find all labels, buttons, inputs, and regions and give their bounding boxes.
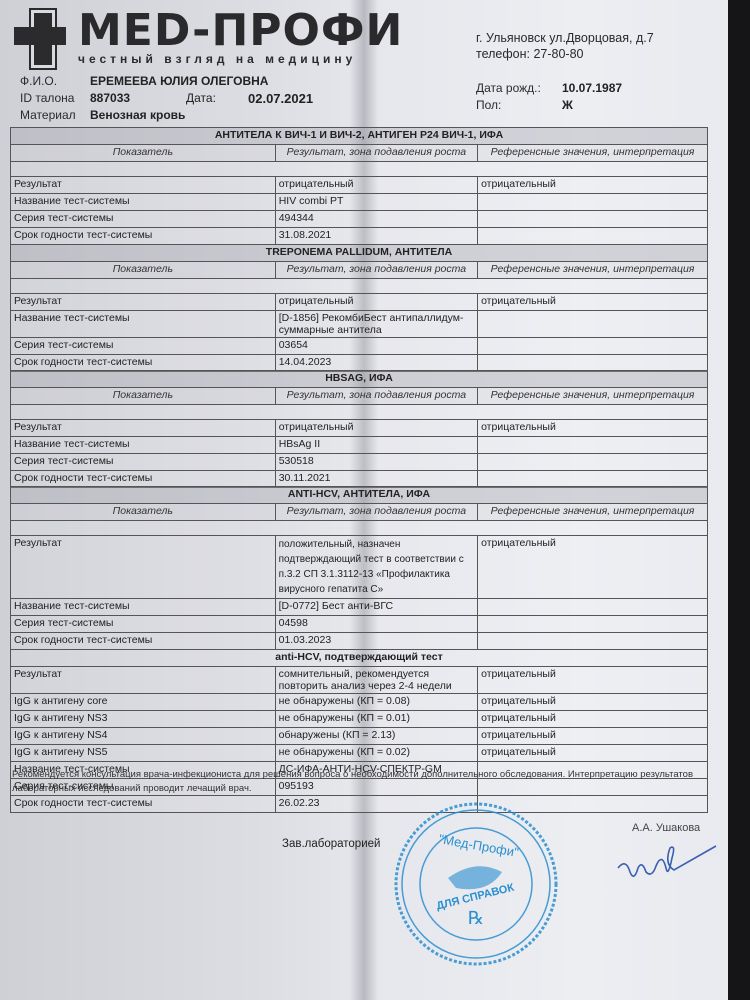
dob-label: Дата рожд.: bbox=[476, 80, 562, 97]
table-row: Срок годности тест-системы14.04.2023 bbox=[11, 355, 708, 372]
col-reference: Референсные значения, интерпретация bbox=[478, 145, 708, 162]
section-title: TREPONEMA PALLIDUM, АНТИТЕЛА bbox=[11, 245, 708, 262]
date-label: Дата: bbox=[186, 90, 248, 107]
table-row: IgG к антигену NS5не обнаружены (КП = 0.… bbox=[11, 745, 708, 762]
table-row: Серия тест-системы03654 bbox=[11, 338, 708, 355]
section-title: HBSAG, ИФА bbox=[11, 371, 708, 388]
table-row: Название тест-системыHBsAg II bbox=[11, 437, 708, 454]
clinic-contacts: г. Ульяновск ул.Дворцовая, д.7 телефон: … bbox=[476, 30, 654, 62]
patient-info-right: Дата рожд.: 10.07.1987 Пол: Ж bbox=[476, 80, 622, 114]
table-row: IgG к антигену NS3не обнаружены (КП = 0.… bbox=[11, 711, 708, 728]
table-row: Название тест-системы[D-1856] РекомбиБес… bbox=[11, 311, 708, 338]
patient-info: Ф.И.О. ЕРЕМЕЕВА ЮЛИЯ ОЛЕГОВНА ID талона … bbox=[20, 73, 313, 124]
svg-text:"Мед-Профи": "Мед-Профи" bbox=[438, 831, 521, 860]
clinic-address: г. Ульяновск ул.Дворцовая, д.7 bbox=[476, 30, 654, 46]
table-row: Срок годности тест-системы01.03.2023 bbox=[11, 633, 708, 650]
col-result: Результат, зона подавления роста bbox=[275, 145, 477, 162]
section-title: ANTI-HCV, АНТИТЕЛА, ИФА bbox=[11, 487, 708, 504]
clinic-phone: телефон: 27-80-80 bbox=[476, 46, 654, 62]
sex-label: Пол: bbox=[476, 97, 562, 114]
table-row: Результатотрицательныйотрицательный bbox=[11, 177, 708, 194]
sex-value: Ж bbox=[562, 97, 573, 114]
table-row: Результатположительный, назначен подтвер… bbox=[11, 536, 708, 599]
table-row: Срок годности тест-системы26.02.23 bbox=[11, 796, 708, 813]
lab-head-label: Зав.лабораторией bbox=[282, 838, 380, 850]
medical-cross-icon bbox=[12, 8, 68, 64]
material-label: Материал bbox=[20, 107, 90, 124]
table-row: Серия тест-системы530518 bbox=[11, 454, 708, 471]
ticket-id: 887033 bbox=[90, 90, 186, 107]
anti-hcv-results-table: ANTI-HCV, АНТИТЕЛА, ИФА Показатель Резул… bbox=[10, 486, 708, 813]
section-title: АНТИТЕЛА К ВИЧ-1 И ВИЧ-2, АНТИГЕН Р24 ВИ… bbox=[11, 128, 708, 145]
table-row: Название тест-системыHIV combi PT bbox=[11, 194, 708, 211]
table-row: Результатотрицательныйотрицательный bbox=[11, 294, 708, 311]
subsection-title: anti-HCV, подтверждающий тест bbox=[11, 650, 708, 667]
recommendation-note: Рекомендуется консультация врача-инфекци… bbox=[12, 768, 712, 796]
table-row: Название тест-системы[D-0772] Бест анти-… bbox=[11, 599, 708, 616]
brand-tagline: честный взгляд на медицину bbox=[78, 52, 403, 66]
clinic-stamp: ДЛЯ СПРАВОК ℞ "Мед-Профи" bbox=[392, 800, 560, 968]
fio-label: Ф.И.О. bbox=[20, 73, 90, 90]
dob-value: 10.07.1987 bbox=[562, 80, 622, 97]
brand-name: MED-ПРОФИ bbox=[78, 8, 403, 54]
hiv-results-table: АНТИТЕЛА К ВИЧ-1 И ВИЧ-2, АНТИГЕН Р24 ВИ… bbox=[10, 127, 708, 245]
svg-text:℞: ℞ bbox=[468, 908, 484, 928]
table-row: IgG к антигену coreне обнаружены (КП = 0… bbox=[11, 694, 708, 711]
material-value: Венозная кровь bbox=[90, 107, 185, 124]
signer-name: А.А. Ушакова bbox=[632, 822, 700, 834]
report-date: 02.07.2021 bbox=[248, 90, 313, 107]
stamp-seal-icon: ДЛЯ СПРАВОК ℞ "Мед-Профи" bbox=[392, 800, 560, 968]
hbsag-results-table: HBSAG, ИФА Показатель Результат, зона по… bbox=[10, 370, 708, 488]
table-row: Результатотрицательныйотрицательный bbox=[11, 420, 708, 437]
table-row: Результатсомнительный, рекомендуется пов… bbox=[11, 667, 708, 694]
table-row: Серия тест-системы494344 bbox=[11, 211, 708, 228]
patient-name: ЕРЕМЕЕВА ЮЛИЯ ОЛЕГОВНА bbox=[90, 73, 268, 90]
treponema-results-table: TREPONEMA PALLIDUM, АНТИТЕЛА Показатель … bbox=[10, 244, 708, 372]
clinic-logo: MED-ПРОФИ честный взгляд на медицину bbox=[12, 8, 403, 66]
id-label: ID талона bbox=[20, 90, 90, 107]
table-row: Срок годности тест-системы30.11.2021 bbox=[11, 471, 708, 488]
table-row: Серия тест-системы04598 bbox=[11, 616, 708, 633]
table-row: IgG к антигену NS4обнаружены (КП = 2.13)… bbox=[11, 728, 708, 745]
table-row: Срок годности тест-системы31.08.2021 bbox=[11, 228, 708, 245]
signature-icon bbox=[612, 838, 722, 893]
col-indicator: Показатель bbox=[11, 145, 276, 162]
lab-report-sheet: MED-ПРОФИ честный взгляд на медицину г. … bbox=[0, 0, 728, 1000]
